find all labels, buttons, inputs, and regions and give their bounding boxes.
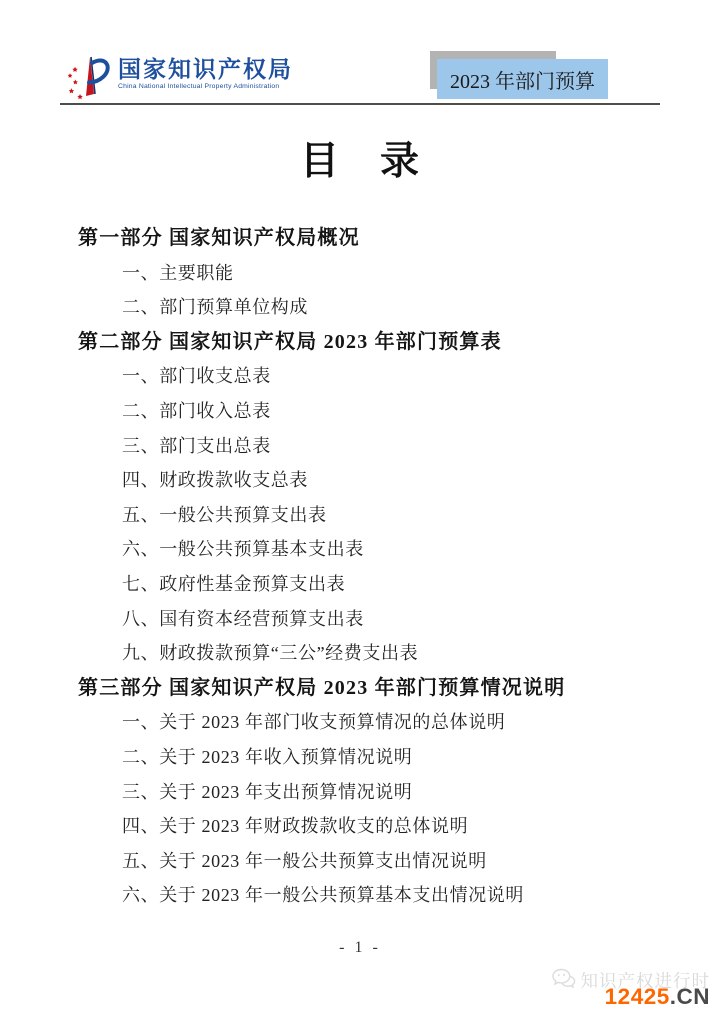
- watermark: 知识产权进行时 12425.CN: [552, 968, 711, 1010]
- toc-item: 三、部门支出总表: [0, 429, 720, 464]
- toc-item: 六、关于 2023 年一般公共预算基本支出情况说明: [0, 878, 720, 913]
- org-name-cn: 国家知识产权局: [118, 56, 293, 82]
- page-number: - 1 -: [0, 939, 720, 957]
- watermark-site-number: 12425: [605, 984, 670, 1009]
- table-of-contents: 第一部分 国家知识产权局概况 一、主要职能 二、部门预算单位构成 第二部分 国家…: [0, 221, 720, 913]
- header-divider: [60, 103, 660, 105]
- toc-item: 五、关于 2023 年一般公共预算支出情况说明: [0, 844, 720, 879]
- budget-year-badge: 2023 年部门预算: [430, 51, 610, 99]
- toc-item: 二、关于 2023 年收入预算情况说明: [0, 740, 720, 775]
- toc-item: 一、关于 2023 年部门收支预算情况的总体说明: [0, 705, 720, 740]
- toc-section-heading: 第二部分 国家知识产权局 2023 年部门预算表: [0, 325, 720, 360]
- badge-label: 2023 年部门预算: [437, 59, 608, 99]
- toc-item: 四、关于 2023 年财政拨款收支的总体说明: [0, 809, 720, 844]
- toc-item: 六、一般公共预算基本支出表: [0, 532, 720, 567]
- toc-item: 七、政府性基金预算支出表: [0, 567, 720, 602]
- org-name-en: China National Intellectual Property Adm…: [118, 83, 293, 90]
- wechat-icon: [552, 968, 576, 993]
- cnipa-logo-icon: [66, 54, 112, 102]
- cnipa-logo: 国家知识产权局 China National Intellectual Prop…: [66, 54, 293, 102]
- toc-item: 四、财政拨款收支总表: [0, 463, 720, 498]
- toc-item: 二、部门收入总表: [0, 394, 720, 429]
- toc-item: 二、部门预算单位构成: [0, 290, 720, 325]
- document-page: 国家知识产权局 China National Intellectual Prop…: [0, 0, 720, 1018]
- page-title: 目 录: [0, 130, 720, 186]
- toc-section-heading: 第一部分 国家知识产权局概况: [0, 221, 720, 256]
- toc-item: 一、主要职能: [0, 256, 720, 291]
- toc-item: 八、国有资本经营预算支出表: [0, 602, 720, 637]
- toc-item: 一、部门收支总表: [0, 359, 720, 394]
- watermark-site-suffix: .CN: [670, 984, 710, 1009]
- toc-item: 三、关于 2023 年支出预算情况说明: [0, 775, 720, 810]
- toc-item: 五、一般公共预算支出表: [0, 498, 720, 533]
- toc-item: 九、财政拨款预算“三公”经费支出表: [0, 636, 720, 671]
- toc-section-heading: 第三部分 国家知识产权局 2023 年部门预算情况说明: [0, 671, 720, 706]
